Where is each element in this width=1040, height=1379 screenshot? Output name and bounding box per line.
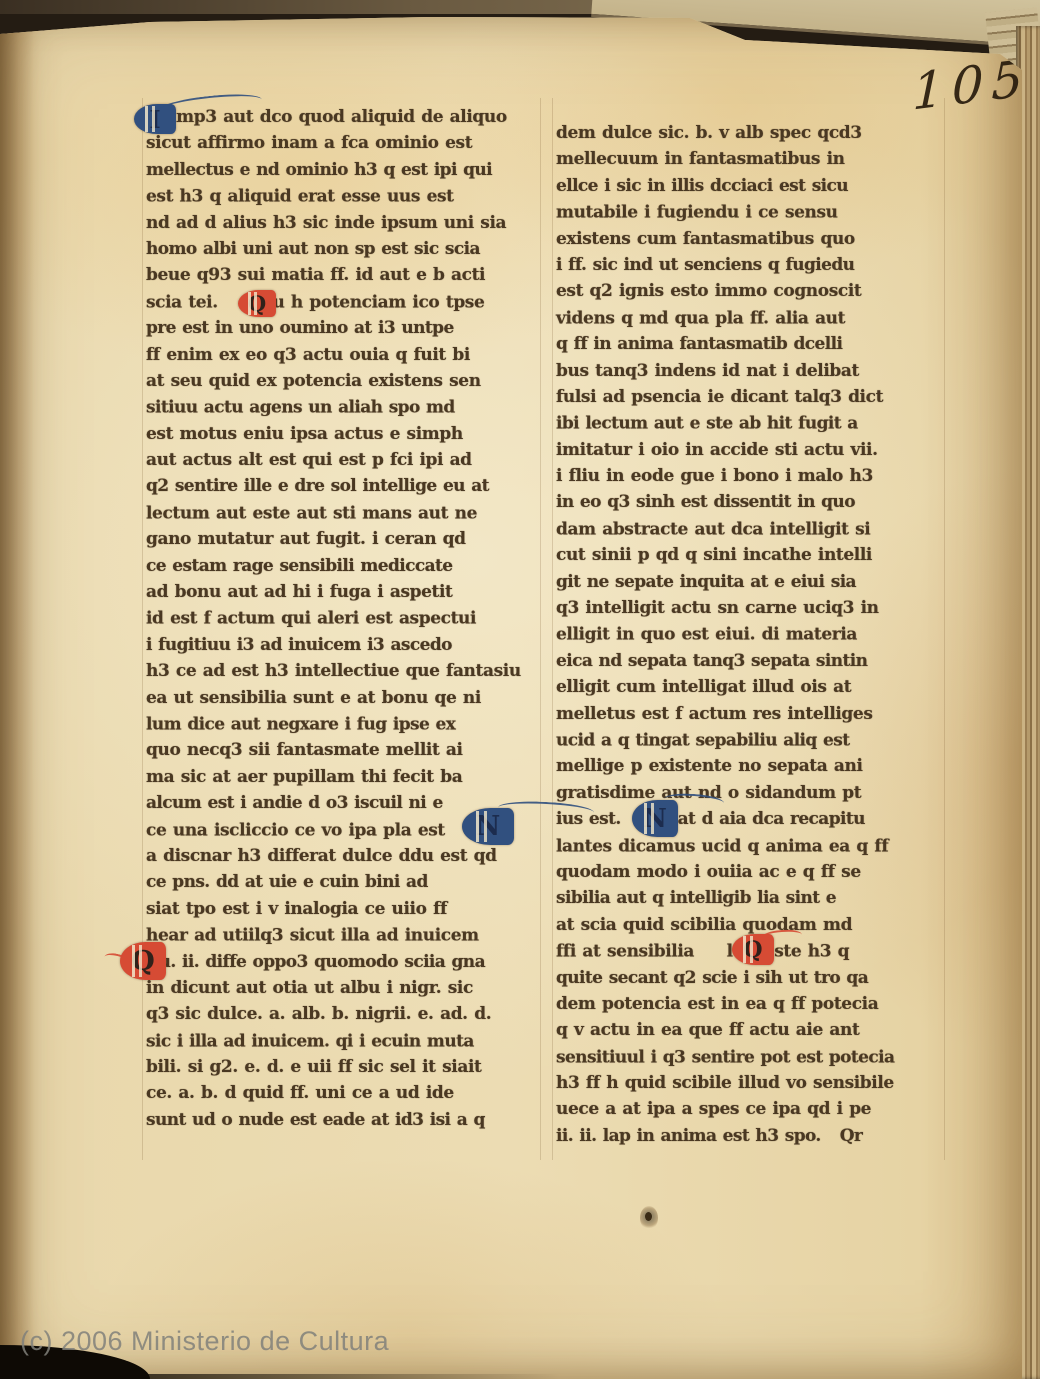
text-line: sensitiuul i q3 sentire pot est potecia (556, 1044, 948, 1070)
text-line: elligit in quo est eiui. di materia (556, 622, 948, 648)
text-line: pre est in uno oumino at i3 untpe (146, 315, 542, 341)
text-line: dem potencia est in ea q ff potecia (556, 991, 948, 1017)
text-line: mellige p existente no sepata ani (556, 753, 948, 779)
text-line: at seu quid ex potencia existens sen (146, 368, 542, 394)
text-line: est motus eniu ipsa actus e simph (146, 421, 542, 447)
text-line: q3 sic dulce. a. alb. b. nigrii. e. ad. … (146, 1001, 542, 1027)
text-line: ibi lectum aut e ste ab hit fugit a (556, 411, 948, 437)
text-line: scia tei. ad u h potenciam ico tpse (146, 289, 542, 315)
text-line: in eo q3 sinh est dissentit in quo (556, 489, 948, 515)
text-line: aut actus alt est qui est p fci ipi ad (146, 447, 542, 473)
text-line: q3 intelligit actu sn carne uciq3 in (556, 595, 948, 621)
bottom-edge-shadow (0, 1374, 560, 1379)
text-line: gano mutatur aut fugit. i ceran qd (146, 526, 542, 552)
text-column-right: dem dulce sic. b. v alb spec qcd3mellecu… (556, 120, 948, 1149)
text-column-left: amp3 aut dco quod aliquid de aliquosicut… (146, 104, 542, 1133)
text-line: mellectus e nd ominio h3 q est ipi qui (146, 157, 542, 183)
text-line: mellecuum in fantasmatibus in (556, 146, 948, 172)
text-line: bili. si g2. e. d. e uii ff sic sel it s… (146, 1054, 542, 1080)
text-line: siat tpo est i v inalogia ce uiio ff (146, 896, 542, 922)
text-line: ii. ii. lap in anima est h3 spo. Qr (556, 1123, 948, 1149)
binding-gutter-shadow (0, 10, 34, 1379)
text-line: quodam modo i ouiia ac e q ff se (556, 859, 948, 885)
parchment-page: 105 amp3 aut dco quod aliquid de aliquos… (0, 10, 1022, 1379)
text-line: ce. a. b. d quid ff. uni ce a ud ide (146, 1080, 542, 1106)
text-line: ad bonu aut ad hi i fuga i aspetit (146, 579, 542, 605)
text-line: mutabile i fugiendu i ce sensu (556, 200, 948, 226)
text-line: sic i illa ad inuicem. qi i ecuin muta (146, 1028, 542, 1054)
text-line: sicut affirmo inam a fca ominio est (146, 130, 542, 156)
ruling-line (142, 98, 143, 1160)
text-line: beue q93 sui matia ff. id aut e b acti (146, 262, 542, 288)
text-line: nd ad d alius h3 sic inde ipsum uni sia (146, 210, 542, 236)
text-line: bus tanq3 indens id nat i delibat (556, 358, 948, 384)
text-line: videns q md qua pla ff. alia aut (556, 305, 948, 331)
text-line: quo necq3 sii fantasmate mellit ai (146, 737, 542, 763)
text-line: ff enim ex eo q3 actu ouia q fuit bi (146, 342, 542, 368)
text-line: sibilia aut q intelligib lia sint e (556, 885, 948, 911)
ruling-line (552, 98, 553, 1160)
text-line: h3 ff h quid scibile illud vo sensibile (556, 1070, 948, 1096)
text-line: i fliu in eode gue i bono i malo h3 (556, 463, 948, 489)
text-line: sunt ud o nude est eade at id3 isi a q (146, 1107, 542, 1133)
text-line: dam abstracte aut dca intelligit si (556, 516, 948, 542)
text-line: est q2 ignis esto immo cognoscit (556, 278, 948, 304)
text-line: est h3 q aliquid erat esse uus est (146, 184, 542, 210)
text-line: sitiuu actu agens un aliah spo md (146, 395, 542, 421)
text-line: hear ad utiilq3 sicut illa ad inuicem (146, 923, 542, 949)
text-line: ucid a q tingat sepabiliu aliq est (556, 727, 948, 753)
text-line: h3 ce ad est h3 intellectiue que fantasi… (146, 658, 542, 684)
text-line: existens cum fantasmatibus quo (556, 226, 948, 252)
text-line: dem dulce sic. b. v alb spec qcd3 (556, 120, 948, 146)
text-line: quite secant q2 scie i sih ut tro qa (556, 965, 948, 991)
text-line: in dicunt aut otia ut albu i nigr. sic (146, 975, 542, 1001)
text-line: a discnar h3 differat dulce ddu est qd (146, 843, 542, 869)
text-line: u. ii. diffe oppo3 quomodo sciia gna (146, 949, 542, 975)
text-line: i ff. sic ind ut senciens q fugiedu (556, 252, 948, 278)
text-line: homo albi uni aut non sp est sic scia (146, 236, 542, 262)
parchment-stain-spot (640, 1206, 658, 1230)
text-line: imitatur i oio in accide sti actu vii. (556, 437, 948, 463)
text-line: elligit cum intelligat illud ois at (556, 674, 948, 700)
text-line: lantes dicamus ucid q anima ea q ff (556, 833, 948, 859)
text-line: i fugitiuu i3 ad inuicem i3 ascedo (146, 632, 542, 658)
text-line: ma sic at aer pupillam thi fecit ba (146, 764, 542, 790)
illuminated-initial-red: Q (238, 290, 276, 317)
text-line: ius est. ut at d aia dca recapitu (556, 806, 948, 832)
text-line: q ff in anima fantasmatib dcelli (556, 331, 948, 357)
text-line: ea ut sensibilia sunt e at bonu qe ni (146, 685, 542, 711)
text-line: lum dice aut negxare i fug ipse ex (146, 711, 542, 737)
text-line: q v actu in ea que ff actu aie ant (556, 1017, 948, 1043)
text-line: melletus est f actum res intelliges (556, 701, 948, 727)
text-line: lectum aut este aut sti mans aut ne (146, 500, 542, 526)
text-line: id est f actum qui aleri est aspectui (146, 606, 542, 632)
text-line: fulsi ad psencia ie dicant talq3 dict (556, 384, 948, 410)
text-line: gratisdime aut nd o sidandum pt (556, 780, 948, 806)
text-line: eica nd sepata tanq3 sepata sintin (556, 648, 948, 674)
text-line: ce estam rage sensibili mediccate (146, 553, 542, 579)
text-line: uece a at ipa a spes ce ipa qd i pe (556, 1096, 948, 1122)
text-line: ellce i sic in illis dcciaci est sicu (556, 173, 948, 199)
text-line: cut sinii p qd q sini incathe intelli (556, 542, 948, 568)
copyright-watermark: (c) 2006 Ministerio de Cultura (20, 1326, 389, 1357)
text-line: git ne sepate inquita at e eiui sia (556, 569, 948, 595)
text-line: q2 sentire ille e dre sol intellige eu a… (146, 473, 542, 499)
text-line: ce pns. dd at uie e cuin bini ad (146, 869, 542, 895)
